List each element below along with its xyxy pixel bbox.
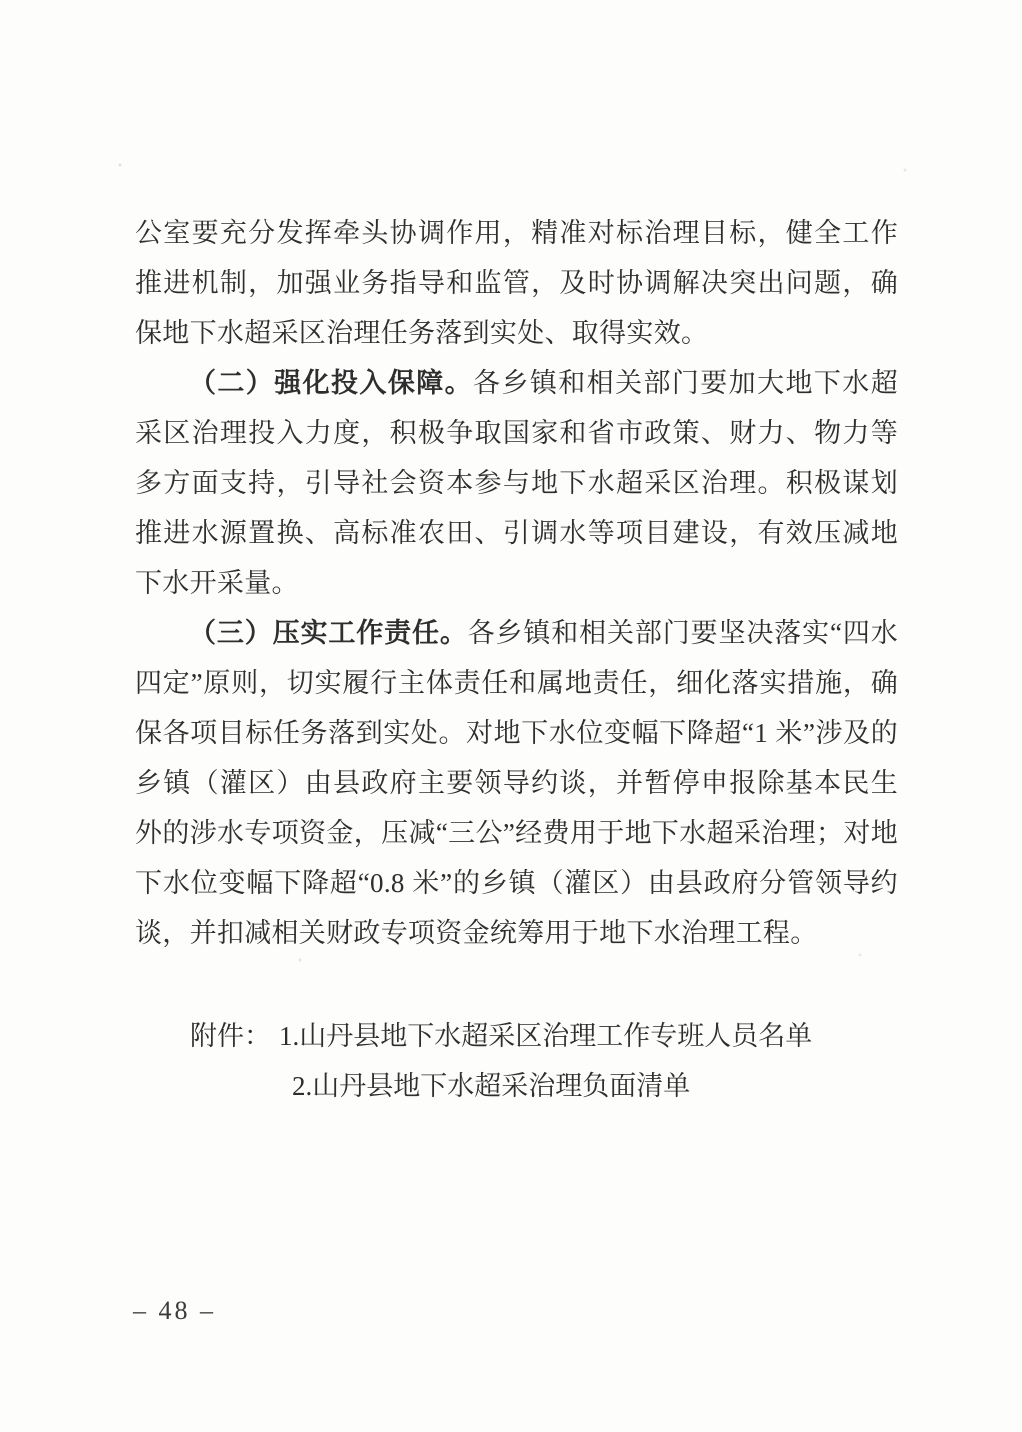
section-heading-2: （二）强化投入保障。: [189, 368, 473, 398]
body-paragraph-2: （二）强化投入保障。各乡镇和相关部门要加大地下水超采区治理投入力度，积极争取国家…: [135, 358, 898, 608]
page-number: – 48 –: [133, 1296, 216, 1326]
attachments-label: 附件：: [190, 1021, 271, 1051]
attachment-item-2: 2.山丹县地下水超采治理负面清单: [292, 1061, 898, 1111]
body-paragraph-1-text: 公室要充分发挥牵头协调作用，精准对标治理目标，健全工作推进机制，加强业务指导和监…: [135, 218, 898, 348]
document-body: 公室要充分发挥牵头协调作用，精准对标治理目标，健全工作推进机制，加强业务指导和监…: [135, 208, 898, 1111]
body-paragraph-3: （三）压实工作责任。各乡镇和相关部门要坚决落实“四水四定”原则，切实履行主体责任…: [135, 608, 898, 958]
body-paragraph-1: 公室要充分发挥牵头协调作用，精准对标治理目标，健全工作推进机制，加强业务指导和监…: [135, 208, 898, 358]
attachment-line-1: 附件：1.山丹县地下水超采区治理工作专班人员名单: [190, 1011, 898, 1061]
section-heading-3: （三）压实工作责任。: [189, 618, 468, 648]
document-page: 公室要充分发挥牵头协调作用，精准对标治理目标，健全工作推进机制，加强业务指导和监…: [0, 0, 1022, 1432]
body-paragraph-3-text: 各乡镇和相关部门要坚决落实“四水四定”原则，切实履行主体责任和属地责任，细化落实…: [135, 618, 898, 948]
body-paragraph-2-text: 各乡镇和相关部门要加大地下水超采区治理投入力度，积极争取国家和省市政策、财力、物…: [135, 368, 898, 598]
attachment-item-1: 1.山丹县地下水超采区治理工作专班人员名单: [279, 1021, 812, 1051]
attachments-block: 附件：1.山丹县地下水超采区治理工作专班人员名单 2.山丹县地下水超采治理负面清…: [135, 1011, 898, 1111]
